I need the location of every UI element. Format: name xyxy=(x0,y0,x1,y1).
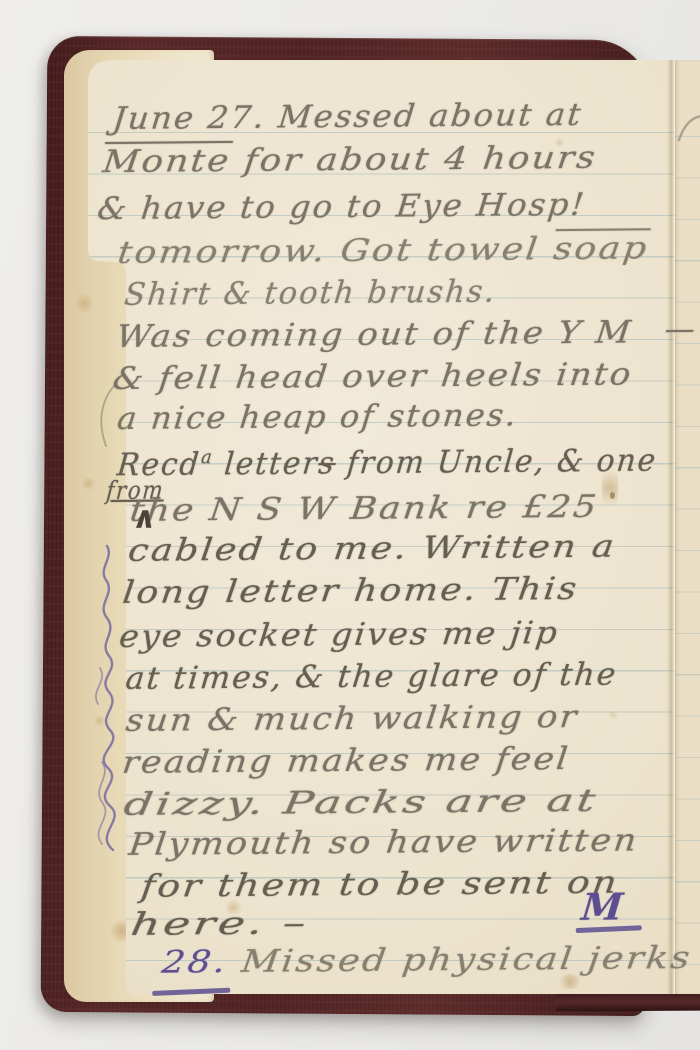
handwriting-line: tomorrow. Got towel soap xyxy=(116,231,651,270)
handwriting-text: June 27. Messed about at xyxy=(111,97,584,137)
handwriting-line: June 27. Messed about at xyxy=(111,98,584,136)
handwriting-line: the N S W Bank re £25 xyxy=(128,490,600,528)
handwriting-text: M xyxy=(580,885,627,929)
handwriting-text: & fell head over heels into xyxy=(111,356,635,397)
handwriting-text: — xyxy=(663,312,698,347)
handwriting-text: 28. xyxy=(160,944,230,981)
handwriting-text: reading makes me feel xyxy=(120,741,571,781)
handwriting-text: & have to go to Eye Hosp! xyxy=(96,187,588,227)
handwriting-line: reading makes me feel xyxy=(120,742,571,780)
handwriting-text: Monte xyxy=(101,143,233,180)
handwriting-text: here. – xyxy=(128,905,311,943)
handwriting-line: long letter home. This xyxy=(121,572,581,610)
handwriting-text: at times, & the glare of the xyxy=(124,657,619,697)
handwriting-text: cabled to me. Written a xyxy=(126,529,618,569)
handwriting-line: eye socket gives me jip xyxy=(118,616,561,654)
handwriting-line: Plymouth so have written xyxy=(127,823,640,861)
handwriting-text: Missed physical jerks xyxy=(225,940,694,980)
handwriting-line: at times, & the glare of the xyxy=(124,658,619,696)
handwriting-text: sun & much walking or xyxy=(124,699,580,739)
purple-underline-mark xyxy=(152,988,230,996)
handwriting-line: a nice heap of stones. xyxy=(116,398,520,436)
handwriting-text: for them to be sent on xyxy=(139,865,621,905)
handwriting-text: for about 4 hours xyxy=(229,140,599,179)
handwriting-line: dizzy. Packs are at xyxy=(122,784,601,822)
handwriting-line: here. – xyxy=(129,906,311,942)
photo-backdrop: June 27. Messed about atMonte for about … xyxy=(0,0,700,1050)
handwriting-line: sun & much walking or xyxy=(124,700,580,738)
handwriting-text: eye socket gives me jip xyxy=(117,615,560,655)
annotation-caret: ∧ xyxy=(131,502,161,536)
handwriting-line: & have to go to Eye Hosp! xyxy=(96,188,588,226)
handwriting-line: Monte for about 4 hours xyxy=(101,141,599,179)
handwriting-line: 28. Missed physical jerks xyxy=(160,941,694,980)
handwriting-text: the N S W Bank re £25 xyxy=(128,489,600,529)
handwriting-line: cabled to me. Written a xyxy=(126,530,618,568)
handwriting-line: Was coming out of the Y M xyxy=(115,315,635,354)
handwriting-text: soap xyxy=(552,230,651,267)
handwriting-line: for them to be sent on xyxy=(139,866,621,904)
handwriting-text: letter xyxy=(211,445,320,482)
handwriting-text: a nice heap of stones. xyxy=(116,397,520,437)
annotation-dash: — xyxy=(663,313,698,347)
handwriting-text: tomorrow. Got towel xyxy=(116,231,556,271)
handwriting-line: Recda letters from Uncle, & one xyxy=(116,437,659,482)
handwriting-line: & fell head over heels into xyxy=(111,357,634,396)
handwriting-text: Was coming out of the Y M xyxy=(115,314,635,355)
handwriting-text: from Uncle, & one xyxy=(334,443,659,482)
handwriting-text: long letter home. This xyxy=(121,571,581,611)
handwriting-layer: June 27. Messed about atMonte for about … xyxy=(0,0,700,1050)
handwriting-text: Shirt & tooth brushs. xyxy=(123,274,498,313)
handwriting-text: Plymouth so have written xyxy=(127,822,640,862)
handwriting-text: ∧ xyxy=(131,501,161,536)
handwriting-line: Shirt & tooth brushs. xyxy=(123,275,498,312)
annotation-monogram: M xyxy=(580,890,626,924)
handwriting-text: dizzy. Packs are at xyxy=(121,783,600,823)
